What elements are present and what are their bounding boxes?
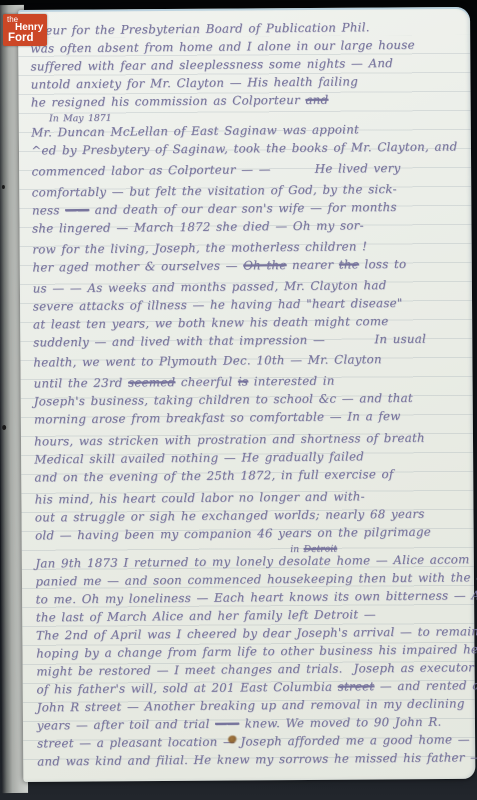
struck-text: Oh the xyxy=(243,258,286,272)
handwritten-line: and on the evening of the 25th 1872, in … xyxy=(34,466,471,488)
struck-text: is xyxy=(238,374,248,388)
handwritten-line: she lingered — March 1872 she died — Oh … xyxy=(32,217,469,239)
handwritten-line: her aged mother & ourselves — Oh the nea… xyxy=(32,256,469,278)
paper-speck xyxy=(2,185,5,189)
handwritten-line: and was kind and filial. He knew my sorr… xyxy=(37,750,474,772)
handwritten-line: commenced labor as Colporteur — — He liv… xyxy=(31,160,468,182)
manuscript-text: teur for the Presbyterian Board of Publi… xyxy=(30,19,474,772)
struck-text: street xyxy=(338,679,375,693)
struck-text: seemed xyxy=(128,375,175,389)
henry-ford-logo: the Henry Ford xyxy=(3,14,47,46)
handwritten-line: health, we went to Plymouth Dec. 10th — … xyxy=(33,351,470,373)
handwritten-line: morning arose from breakfast so comforta… xyxy=(34,408,471,430)
struck-text: —— xyxy=(65,203,89,217)
struck-text: the xyxy=(339,257,359,271)
paper-speck xyxy=(2,425,6,430)
struck-text: and xyxy=(305,93,328,107)
struck-text: —— xyxy=(215,717,239,731)
ink-stain xyxy=(228,735,237,743)
logo-text-ford: Ford xyxy=(8,32,34,44)
manuscript-page: teur for the Presbyterian Board of Publi… xyxy=(18,7,475,782)
photo-frame: teur for the Presbyterian Board of Publi… xyxy=(0,0,477,800)
handwritten-line: ^ed by Presbytery of Saginaw, took the b… xyxy=(31,139,468,161)
handwritten-line: suddenly — and lived with that impressio… xyxy=(33,331,470,353)
